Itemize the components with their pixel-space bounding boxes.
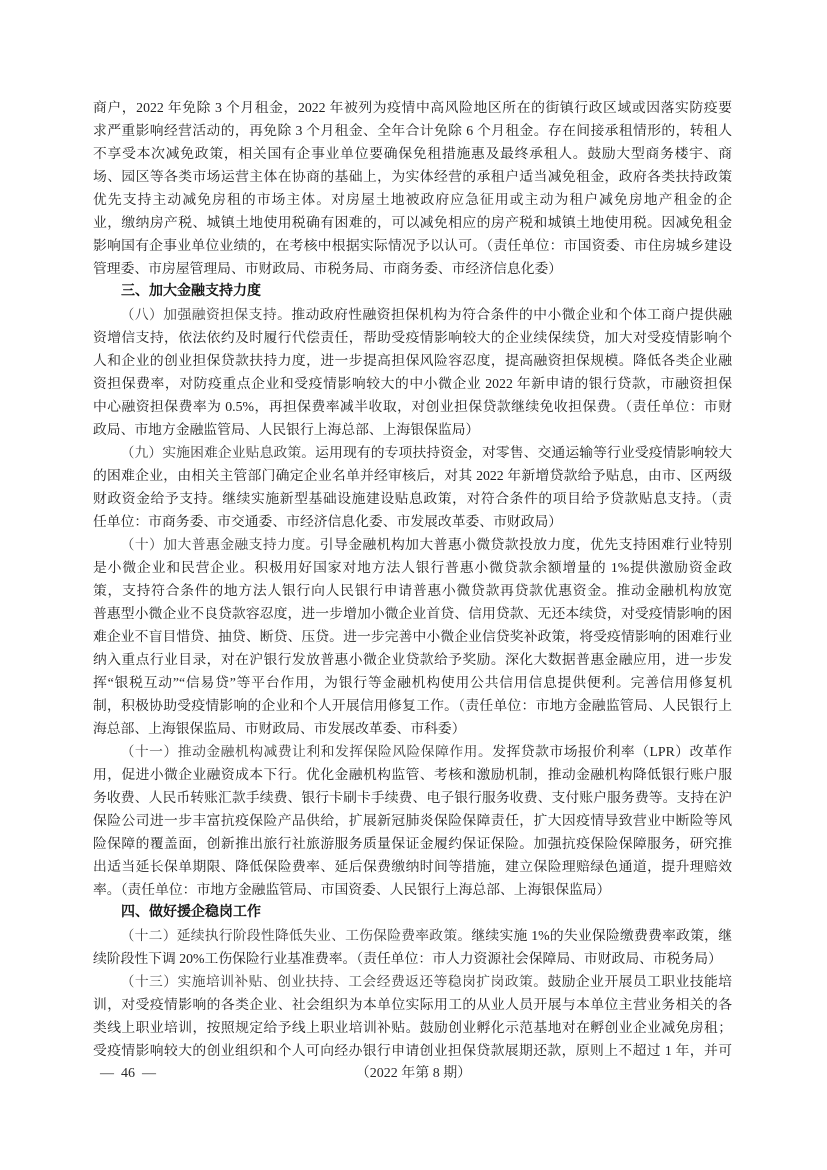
text-segment: 引导金融机构加大普惠小微贷款投放力度，优先支持困难行业特别 bbox=[320, 537, 732, 552]
text-line: 策，支持符合条件的地方法人银行向人民银行申请普惠小微贷款再贷款优惠资金。推动金融… bbox=[93, 579, 732, 602]
text-line: 商户，2022 年免除 3 个月租金，2022 年被列为疫情中高风险地区所在的街… bbox=[93, 96, 732, 119]
text-line: 险保障的覆盖面，创新推出旅行社旅游服务质量保证金履约保证保险。加强抗疫保险保障服… bbox=[93, 832, 732, 855]
text-line: 受疫情影响较大的创业组织和个人可向经办银行申请创业担保贷款展期还款，原则上不超过… bbox=[93, 1039, 732, 1062]
item-lead-in: （十一）推动金融机构减费让利和发挥保险风险保障作用。 bbox=[121, 744, 493, 760]
section-heading-financial-support: 三、加大金融支持力度 bbox=[93, 280, 732, 303]
item-first-line: （十三）实施培训补贴、创业扶持、工会经费返还等稳岗扩岗政策。鼓励企业开展员工职业… bbox=[93, 970, 732, 993]
text-segment: 运用现有的专项扶持资金，对零售、交通运输等行业受疫情影响较大 bbox=[315, 445, 732, 460]
item-first-line: （九）实施困难企业贴息政策。运用现有的专项扶持资金，对零售、交通运输等行业受疫情… bbox=[93, 441, 732, 464]
text-line: 续阶段性下调 20%工伤保险行业基准费率。（责任单位：市人力资源社会保障局、市财… bbox=[93, 947, 732, 970]
item-interest-subsidy: （九）实施困难企业贴息政策。运用现有的专项扶持资金，对零售、交通运输等行业受疫情… bbox=[93, 441, 732, 533]
item-financing-guarantee: （八）加强融资担保支持。推动政府性融资担保机构为符合条件的中小微企业和个体工商户… bbox=[93, 303, 732, 441]
text-line: 管理委、市房屋管理局、市财政局、市税务局、市商务委、市经济信息化委） bbox=[93, 257, 732, 280]
text-line: 普惠型小微企业不良贷款容忍度，进一步增加小微企业首贷、信用贷款、无还本续贷，对受… bbox=[93, 602, 732, 625]
text-line: 挥“银税互动”“信易贷”等平台作用，为银行等金融机构使用公共信用信息提供便利。完… bbox=[93, 671, 732, 694]
text-segment: 推动政府性融资担保机构为符合条件的中小微企业和个体工商户提供融 bbox=[291, 307, 732, 322]
text-line: 务收费、人民币转账汇款手续费、银行卡刷卡手续费、电子银行服务收费、支付账户服务费… bbox=[93, 786, 732, 809]
text-line: 资担保费率，对防疫重点企业和受疫情影响较大的中小微企业 2022 年新申请的银行… bbox=[93, 372, 732, 395]
text-line: 中心融资担保费率为 0.5%，再担保费率减半收取，对创业担保贷款继续免收担保费。… bbox=[93, 395, 732, 418]
text-line: 保险公司进一步丰富抗疫保险产品供给，扩展新冠肺炎保险保障责任，扩大因疫情导致营业… bbox=[93, 809, 732, 832]
item-lead-in: （十二）延续执行阶段性降低失业、工伤保险费率政策。 bbox=[121, 928, 472, 944]
text-line: 用，促进小微企业融资成本下行。优化金融机构监管、考核和激励机制，推动金融机构降低… bbox=[93, 763, 732, 786]
text-line: 资增信支持，依法依约及时履行代偿责任，帮助受疫情影响较大的企业续保续贷，加大对受… bbox=[93, 326, 732, 349]
text-line: 是小微企业和民营企业。积极用好国家对地方法人银行普惠小微贷款余额增量的 1%提供… bbox=[93, 556, 732, 579]
text-line: 纳入重点行业目录，对在沪银行发放普惠小微企业贷款给予奖励。深化大数据普惠金融应用… bbox=[93, 648, 732, 671]
item-inclusive-finance: （十）加大普惠金融支持力度。引导金融机构加大普惠小微贷款投放力度，优先支持困难行… bbox=[93, 533, 732, 740]
item-training-subsidy: （十三）实施培训补贴、创业扶持、工会经费返还等稳岗扩岗政策。鼓励企业开展员工职业… bbox=[93, 970, 732, 1062]
text-line: 不享受本次减免政策，相关国有企事业单位要确保免租措施惠及最终承租人。鼓励大型商务… bbox=[93, 142, 732, 165]
text-line: 海总部、上海银保监局、市财政局、市发展改革委、市科委） bbox=[93, 717, 732, 740]
text-line: 率。（责任单位：市地方金融监管局、市国资委、人民银行上海总部、上海银保监局） bbox=[93, 878, 732, 901]
item-lead-in: （九）实施困难企业贴息政策。 bbox=[121, 445, 316, 461]
text-segment: 鼓励企业开展员工职业技能培 bbox=[547, 974, 732, 989]
text-line: 财政资金给予支持。继续实施新型基础设施建设贴息政策，对符合条件的项目给予贷款贴息… bbox=[93, 487, 732, 510]
text-segment: 发挥贷款市场报价利率（LPR）改革作 bbox=[492, 744, 732, 759]
item-lead-in: （十三）实施培训补贴、创业扶持、工会经费返还等稳岗扩岗政策。 bbox=[121, 974, 548, 990]
document-page: 商户，2022 年免除 3 个月租金，2022 年被列为疫情中高风险地区所在的街… bbox=[0, 0, 827, 1170]
text-line: 制，积极协助受疫情影响的企业和个人开展信用修复工作。（责任单位：市地方金融监管局… bbox=[93, 694, 732, 717]
text-line: 影响国有企事业单位业绩的，在考核中根据实际情况予以认可。（责任单位：市国资委、市… bbox=[93, 234, 732, 257]
item-first-line: （十一）推动金融机构减费让利和发挥保险风险保障作用。发挥贷款市场报价利率（LPR… bbox=[93, 740, 732, 763]
item-first-line: （八）加强融资担保支持。推动政府性融资担保机构为符合条件的中小微企业和个体工商户… bbox=[93, 303, 732, 326]
paragraph-rent-relief: 商户，2022 年免除 3 个月租金，2022 年被列为疫情中高风险地区所在的街… bbox=[93, 96, 732, 280]
text-line: 场、园区等各类市场运营主体在协商的基础上，为实体经营的承租户适当减免租金，政府各… bbox=[93, 165, 732, 188]
text-line: 难企业不盲目惜贷、抽贷、断贷、压贷。进一步完善中小微企业信贷奖补政策，将受疫情影… bbox=[93, 625, 732, 648]
text-line: 求严重影响经营活动的，再免除 3 个月租金、全年合计免除 6 个月租金。存在间接… bbox=[93, 119, 732, 142]
item-lead-in: （十）加大普惠金融支持力度。 bbox=[121, 537, 320, 553]
text-line: 优先支持主动减免房租的市场主体。对房屋土地被政府应急征用或主动为租户减免房地产租… bbox=[93, 188, 732, 211]
item-first-line: （十二）延续执行阶段性降低失业、工伤保险费率政策。继续实施 1%的失业保险缴费费… bbox=[93, 924, 732, 947]
text-line: 政局、市地方金融监管局、人民银行上海总部、上海银保监局） bbox=[93, 418, 732, 441]
text-line: 训，对受疫情影响的各类企业、社会组织为本单位实际用工的从业人员开展与本单位主营业… bbox=[93, 993, 732, 1016]
document-body: 商户，2022 年免除 3 个月租金，2022 年被列为疫情中高风险地区所在的街… bbox=[93, 96, 732, 1062]
text-line: 类线上职业培训，按照规定给予线上职业培训补贴。鼓励创业孵化示范基地对在孵创业企业… bbox=[93, 1016, 732, 1039]
text-line: 的困难企业，由相关主管部门确定企业名单并经审核后，对其 2022 年新增贷款给予… bbox=[93, 464, 732, 487]
text-line: 任单位：市商务委、市交通委、市经济信息化委、市发展改革委、市财政局） bbox=[93, 510, 732, 533]
text-line: 人和企业的创业担保贷款扶持力度，进一步提高担保风险容忍度，提高融资担保规模。降低… bbox=[93, 349, 732, 372]
text-line: 出适当延长保单期限、降低保险费率、延后保费缴纳时间等措施，建立保险理赔绿色通道，… bbox=[93, 855, 732, 878]
item-fee-reduction-insurance: （十一）推动金融机构减费让利和发挥保险风险保障作用。发挥贷款市场报价利率（LPR… bbox=[93, 740, 732, 901]
item-first-line: （十）加大普惠金融支持力度。引导金融机构加大普惠小微贷款投放力度，优先支持困难行… bbox=[93, 533, 732, 556]
item-insurance-rate: （十二）延续执行阶段性降低失业、工伤保险费率政策。继续实施 1%的失业保险缴费费… bbox=[93, 924, 732, 970]
item-lead-in: （八）加强融资担保支持。 bbox=[121, 307, 292, 323]
section-heading-employment: 四、做好援企稳岗工作 bbox=[93, 901, 732, 924]
text-segment: 继续实施 1%的失业保险缴费费率政策，继 bbox=[471, 928, 732, 943]
issue-label: （2022 年第 8 期） bbox=[0, 1062, 827, 1085]
text-line: 业，缴纳房产税、城镇土地使用税确有困难的，可以减免相应的房产税和城镇土地使用税。… bbox=[93, 211, 732, 234]
